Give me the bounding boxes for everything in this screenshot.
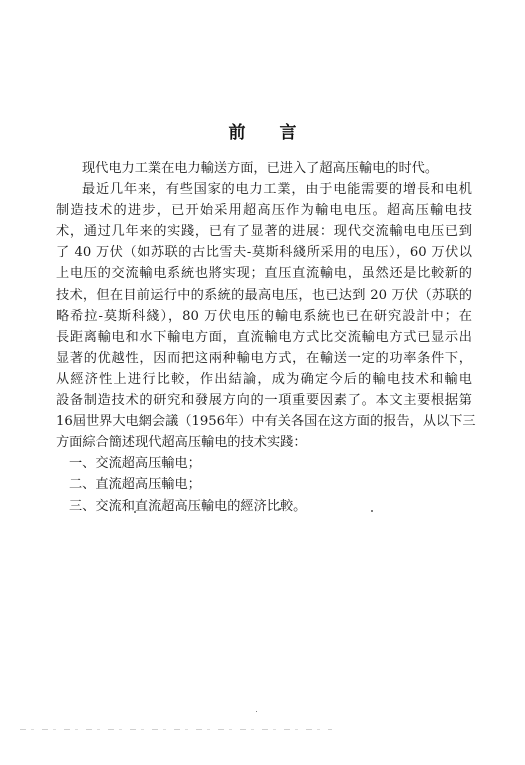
paragraph-2-line-3: 术，通过几年来的实踐，已有了显著的进展：现代交流輸电电压已到 <box>56 221 472 242</box>
document-page: 前言 现代电力工業在电力輸送方面，已进入了超高压輸电的时代。 最近几年来，有些国… <box>0 0 525 765</box>
paragraph-2-line-2: 制造技术的进步，已开始采用超高压作为輸电电压。超高压輸电技 <box>56 200 472 221</box>
scan-speck <box>279 508 281 510</box>
paragraph-2-line-10: 从經济性上进行比較，作出結論，成为确定今后的輸电技术和輸电 <box>56 369 472 390</box>
paragraph-2-line-1: 最近几年来，有些国家的电力工業，由于电能需要的增長和电机 <box>56 179 472 200</box>
paragraph-2-line-8: 長距离輸电和水下輸电方面，直流輸电方式比交流輸电方式已显示出 <box>56 327 472 348</box>
paragraph-2-line-12: 16屆世界大电網会議（1956年）中有关各国在这方面的报告，从以下三 <box>56 411 472 432</box>
list-item-ac-transmission: 一、交流超高压輸电； <box>56 453 472 474</box>
scan-edge-line <box>20 729 332 730</box>
scan-speck <box>256 711 257 712</box>
list-item-dc-transmission: 二、直流超高压輸电； <box>56 474 472 495</box>
paragraph-2-line-9: 显著的优越性，因而把这兩种輸电方式，在輸送一定的功率条件下， <box>56 348 472 369</box>
preface-body: 现代电力工業在电力輸送方面，已进入了超高压輸电的时代。 最近几年来，有些国家的电… <box>56 158 472 517</box>
paragraph-2-line-13: 方面綜合簡述现代超高压輸电的技术实踐： <box>56 432 472 453</box>
paragraph-2-line-7: 略希拉-莫斯科綫），80 万伏电压的輸电系統也已在研究設計中；在 <box>56 306 472 327</box>
paragraph-2-line-11: 設备制造技术的研究和發展方向的一項重要因素了。本文主要根据第 <box>56 390 472 411</box>
paragraph-1-line-1: 现代电力工業在电力輸送方面，已进入了超高压輸电的时代。 <box>56 158 472 179</box>
list-item-economic-comparison: 三、交流和直流超高压輸电的經济比較。 <box>56 496 472 517</box>
paragraph-2-line-5: 上电压的交流輸电系統也將实现；直压直流輸电，虽然还是比較新的 <box>56 263 472 284</box>
scan-speck <box>371 510 373 512</box>
page-title: 前言 <box>0 118 525 143</box>
scan-speck <box>134 511 136 513</box>
paragraph-2-line-6: 技术，但在目前运行中的系統的最高电压，也已达到 20 万伏（苏联的 <box>56 285 472 306</box>
paragraph-2-line-4: 了 40 万伏（如苏联的古比雪夫-莫斯科綫所采用的电压），60 万伏以 <box>56 242 472 263</box>
